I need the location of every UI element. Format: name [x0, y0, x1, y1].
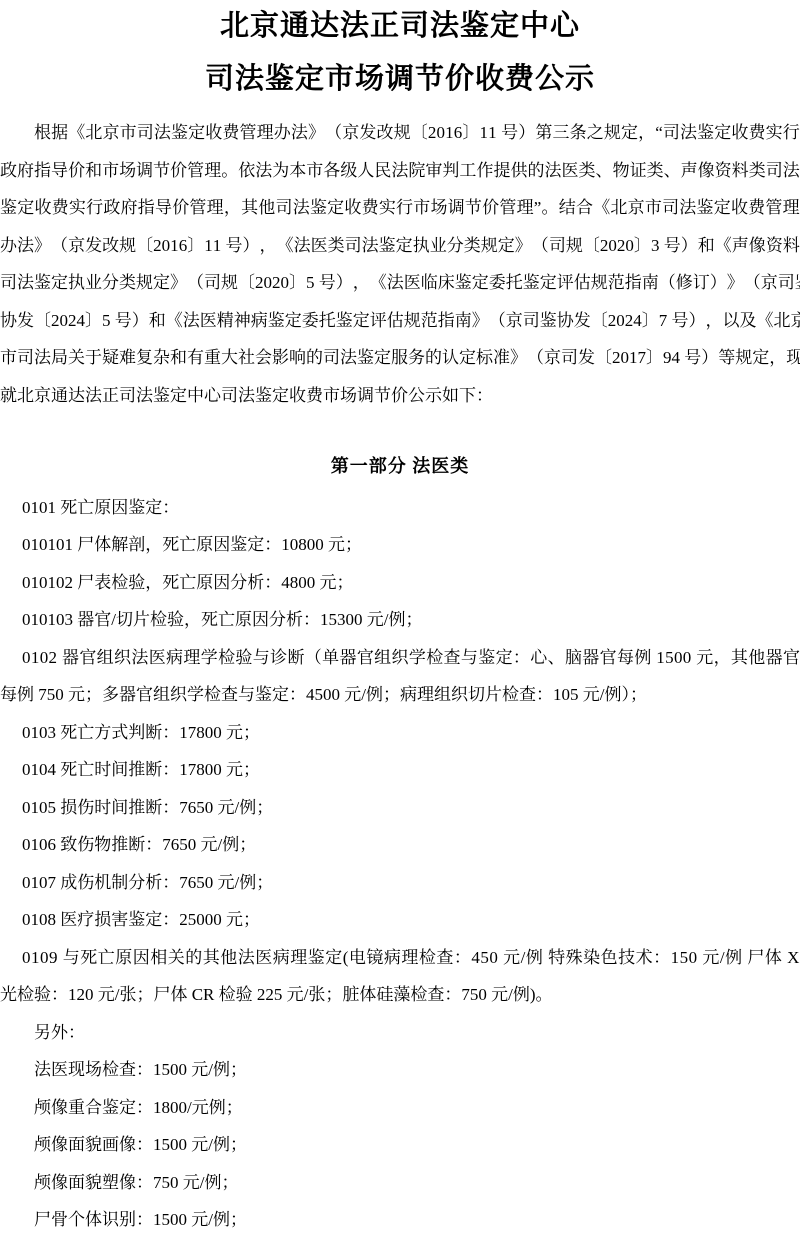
fee-line: 0102 器官组织法医病理学检验与诊断（单器官组织学检查与鉴定：心、脑器官每例 …: [0, 639, 800, 677]
fee-line: 0106 致伤物推断：7650 元/例；: [0, 826, 800, 864]
document-page: 北京通达法正司法鉴定中心 司法鉴定市场调节价收费公示 根据《北京市司法鉴定收费管…: [0, 0, 800, 1236]
fee-line: 尸骨个体识别：1500 元/例；: [0, 1201, 800, 1236]
fee-line: 010103 器官/切片检验，死亡原因分析：15300 元/例；: [0, 601, 800, 639]
fee-line: 0103 死亡方式判断：17800 元；: [0, 714, 800, 752]
fee-line: 光检验：120 元/张；尸体 CR 检验 225 元/张；脏体硅藻检查：750 …: [0, 976, 800, 1014]
fee-line: 颅像面貌塑像：750 元/例；: [0, 1164, 800, 1202]
section-heading: 第一部分 法医类: [0, 448, 800, 486]
fee-line: 法医现场检查：1500 元/例；: [0, 1051, 800, 1089]
intro-line: 政府指导价和市场调节价管理。依法为本市各级人民法院审判工作提供的法医类、物证类、…: [0, 152, 800, 190]
fee-line: 010102 尸表检验，死亡原因分析：4800 元；: [0, 564, 800, 602]
fee-line: 0104 死亡时间推断：17800 元；: [0, 751, 800, 789]
intro-line: 就北京通达法正司法鉴定中心司法鉴定收费市场调节价公示如下：: [0, 377, 800, 415]
doc-title-line-2: 司法鉴定市场调节价收费公示: [0, 53, 800, 106]
fee-line: 0105 损伤时间推断：7650 元/例；: [0, 789, 800, 827]
intro-line: 司法鉴定执业分类规定》（司规〔2020〕5 号），《法医临床鉴定委托鉴定评估规范…: [0, 264, 800, 302]
fee-line: 0107 成伤机制分析：7650 元/例；: [0, 864, 800, 902]
fee-line: 0108 医疗损害鉴定：25000 元；: [0, 901, 800, 939]
intro-line: 办法》（京发改规〔2016〕11 号），《法医类司法鉴定执业分类规定》（司规〔2…: [0, 227, 800, 265]
fee-list: 0101 死亡原因鉴定： 010101 尸体解剖，死亡原因鉴定：10800 元；…: [0, 489, 800, 1236]
intro-line: 鉴定收费实行政府指导价管理，其他司法鉴定收费实行市场调节价管理”。结合《北京市司…: [0, 189, 800, 227]
intro-paragraph: 根据《北京市司法鉴定收费管理办法》（京发改规〔2016〕11 号）第三条之规定，…: [0, 106, 800, 414]
fee-line: 颅像面貌画像：1500 元/例；: [0, 1126, 800, 1164]
fee-line: 0109 与死亡原因相关的其他法医病理鉴定(电镜病理检查：450 元/例 特殊染…: [0, 939, 800, 977]
fee-line: 每例 750 元；多器官组织学检查与鉴定：4500 元/例；病理组织切片检查：1…: [0, 676, 800, 714]
intro-line: 根据《北京市司法鉴定收费管理办法》（京发改规〔2016〕11 号）第三条之规定，…: [0, 114, 800, 152]
intro-line: 市司法局关于疑难复杂和有重大社会影响的司法鉴定服务的认定标准》（京司发〔2017…: [0, 339, 800, 377]
intro-line: 协发〔2024〕5 号）和《法医精神病鉴定委托鉴定评估规范指南》（京司鉴协发〔2…: [0, 302, 800, 340]
fee-line: 010101 尸体解剖，死亡原因鉴定：10800 元；: [0, 526, 800, 564]
fee-line: 另外：: [0, 1014, 800, 1052]
fee-line: 0101 死亡原因鉴定：: [0, 489, 800, 527]
doc-title-line-1: 北京通达法正司法鉴定中心: [0, 0, 800, 53]
fee-line: 颅像重合鉴定：1800/元例；: [0, 1089, 800, 1127]
